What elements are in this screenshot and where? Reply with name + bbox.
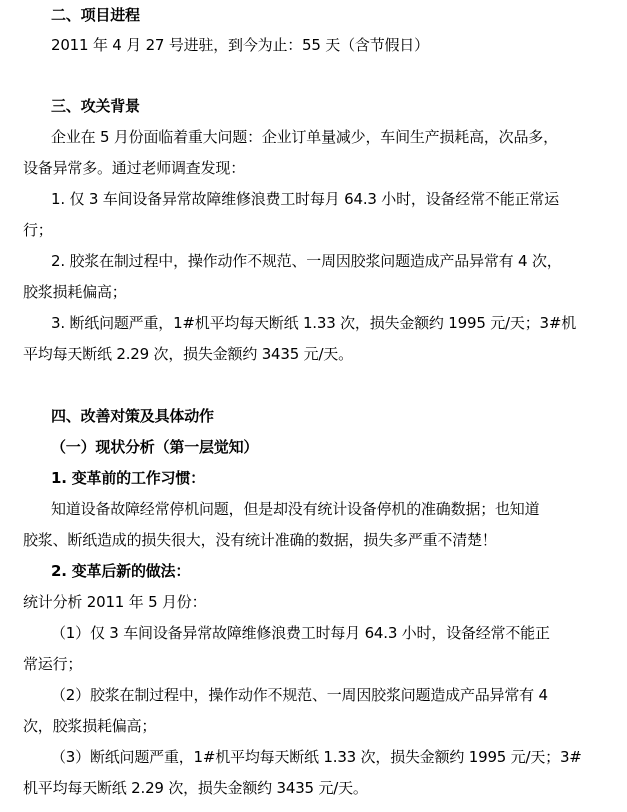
- after-item-3-line-2: 机平均每天断纸 2.29 次，损失金额约 3435 元/天。: [23, 778, 368, 798]
- progress-text: 2011 年 4 月 27 号进驻，到今为止：55 天（含节假日）: [51, 35, 429, 55]
- after-item-1-line-1: （1）仅 3 车间设备异常故障维修浪费工时每月 64.3 小时，设备经常不能正: [51, 623, 550, 643]
- background-item-2-line-2: 胶浆损耗偏高；: [23, 282, 127, 302]
- after-intro: 统计分析 2011 年 5 月份：: [23, 592, 206, 612]
- after-title: 2. 变革后新的做法：: [51, 561, 190, 581]
- before-line-2: 胶浆、断纸造成的损失很大，没有统计准确的数据，损失多严重不清楚！: [23, 530, 497, 550]
- section-heading-background: 三、攻关背景: [51, 96, 140, 116]
- background-item-1-line-2: 行；: [23, 220, 53, 240]
- background-item-2-line-1: 2. 胶浆在制过程中，操作动作不规范、一周因胶浆问题造成产品异常有 4 次，: [51, 251, 562, 271]
- background-item-3-line-2: 平均每天断纸 2.29 次，损失金额约 3435 元/天。: [23, 344, 353, 364]
- after-item-2-line-2: 次，胶浆损耗偏高；: [23, 716, 156, 736]
- section-heading-progress: 二、项目进程: [51, 5, 140, 25]
- background-intro-line-2: 设备异常多。通过老师调查发现：: [23, 158, 245, 178]
- after-item-1-line-2: 常运行；: [23, 654, 82, 674]
- background-intro-line-1: 企业在 5 月份面临着重大问题：企业订单量减少，车间生产损耗高，次品多，: [51, 127, 558, 147]
- background-item-1-line-1: 1. 仅 3 车间设备异常故障维修浪费工时每月 64.3 小时，设备经常不能正常…: [51, 189, 559, 209]
- background-item-3-line-1: 3. 断纸问题严重，1#机平均每天断纸 1.33 次，损失金额约 1995 元/…: [51, 313, 576, 333]
- after-item-3-line-1: （3）断纸问题严重，1#机平均每天断纸 1.33 次，损失金额约 1995 元/…: [51, 747, 582, 767]
- subheading-status-analysis: （一）现状分析（第一层觉知）: [51, 437, 258, 457]
- after-item-2-line-1: （2）胶浆在制过程中，操作动作不规范、一周因胶浆问题造成产品异常有 4: [51, 685, 548, 705]
- before-title: 1. 变革前的工作习惯：: [51, 468, 205, 488]
- before-line-1: 知道设备故障经常停机问题，但是却没有统计设备停机的准确数据；也知道: [51, 499, 539, 519]
- section-heading-measures: 四、改善对策及具体动作: [51, 406, 214, 426]
